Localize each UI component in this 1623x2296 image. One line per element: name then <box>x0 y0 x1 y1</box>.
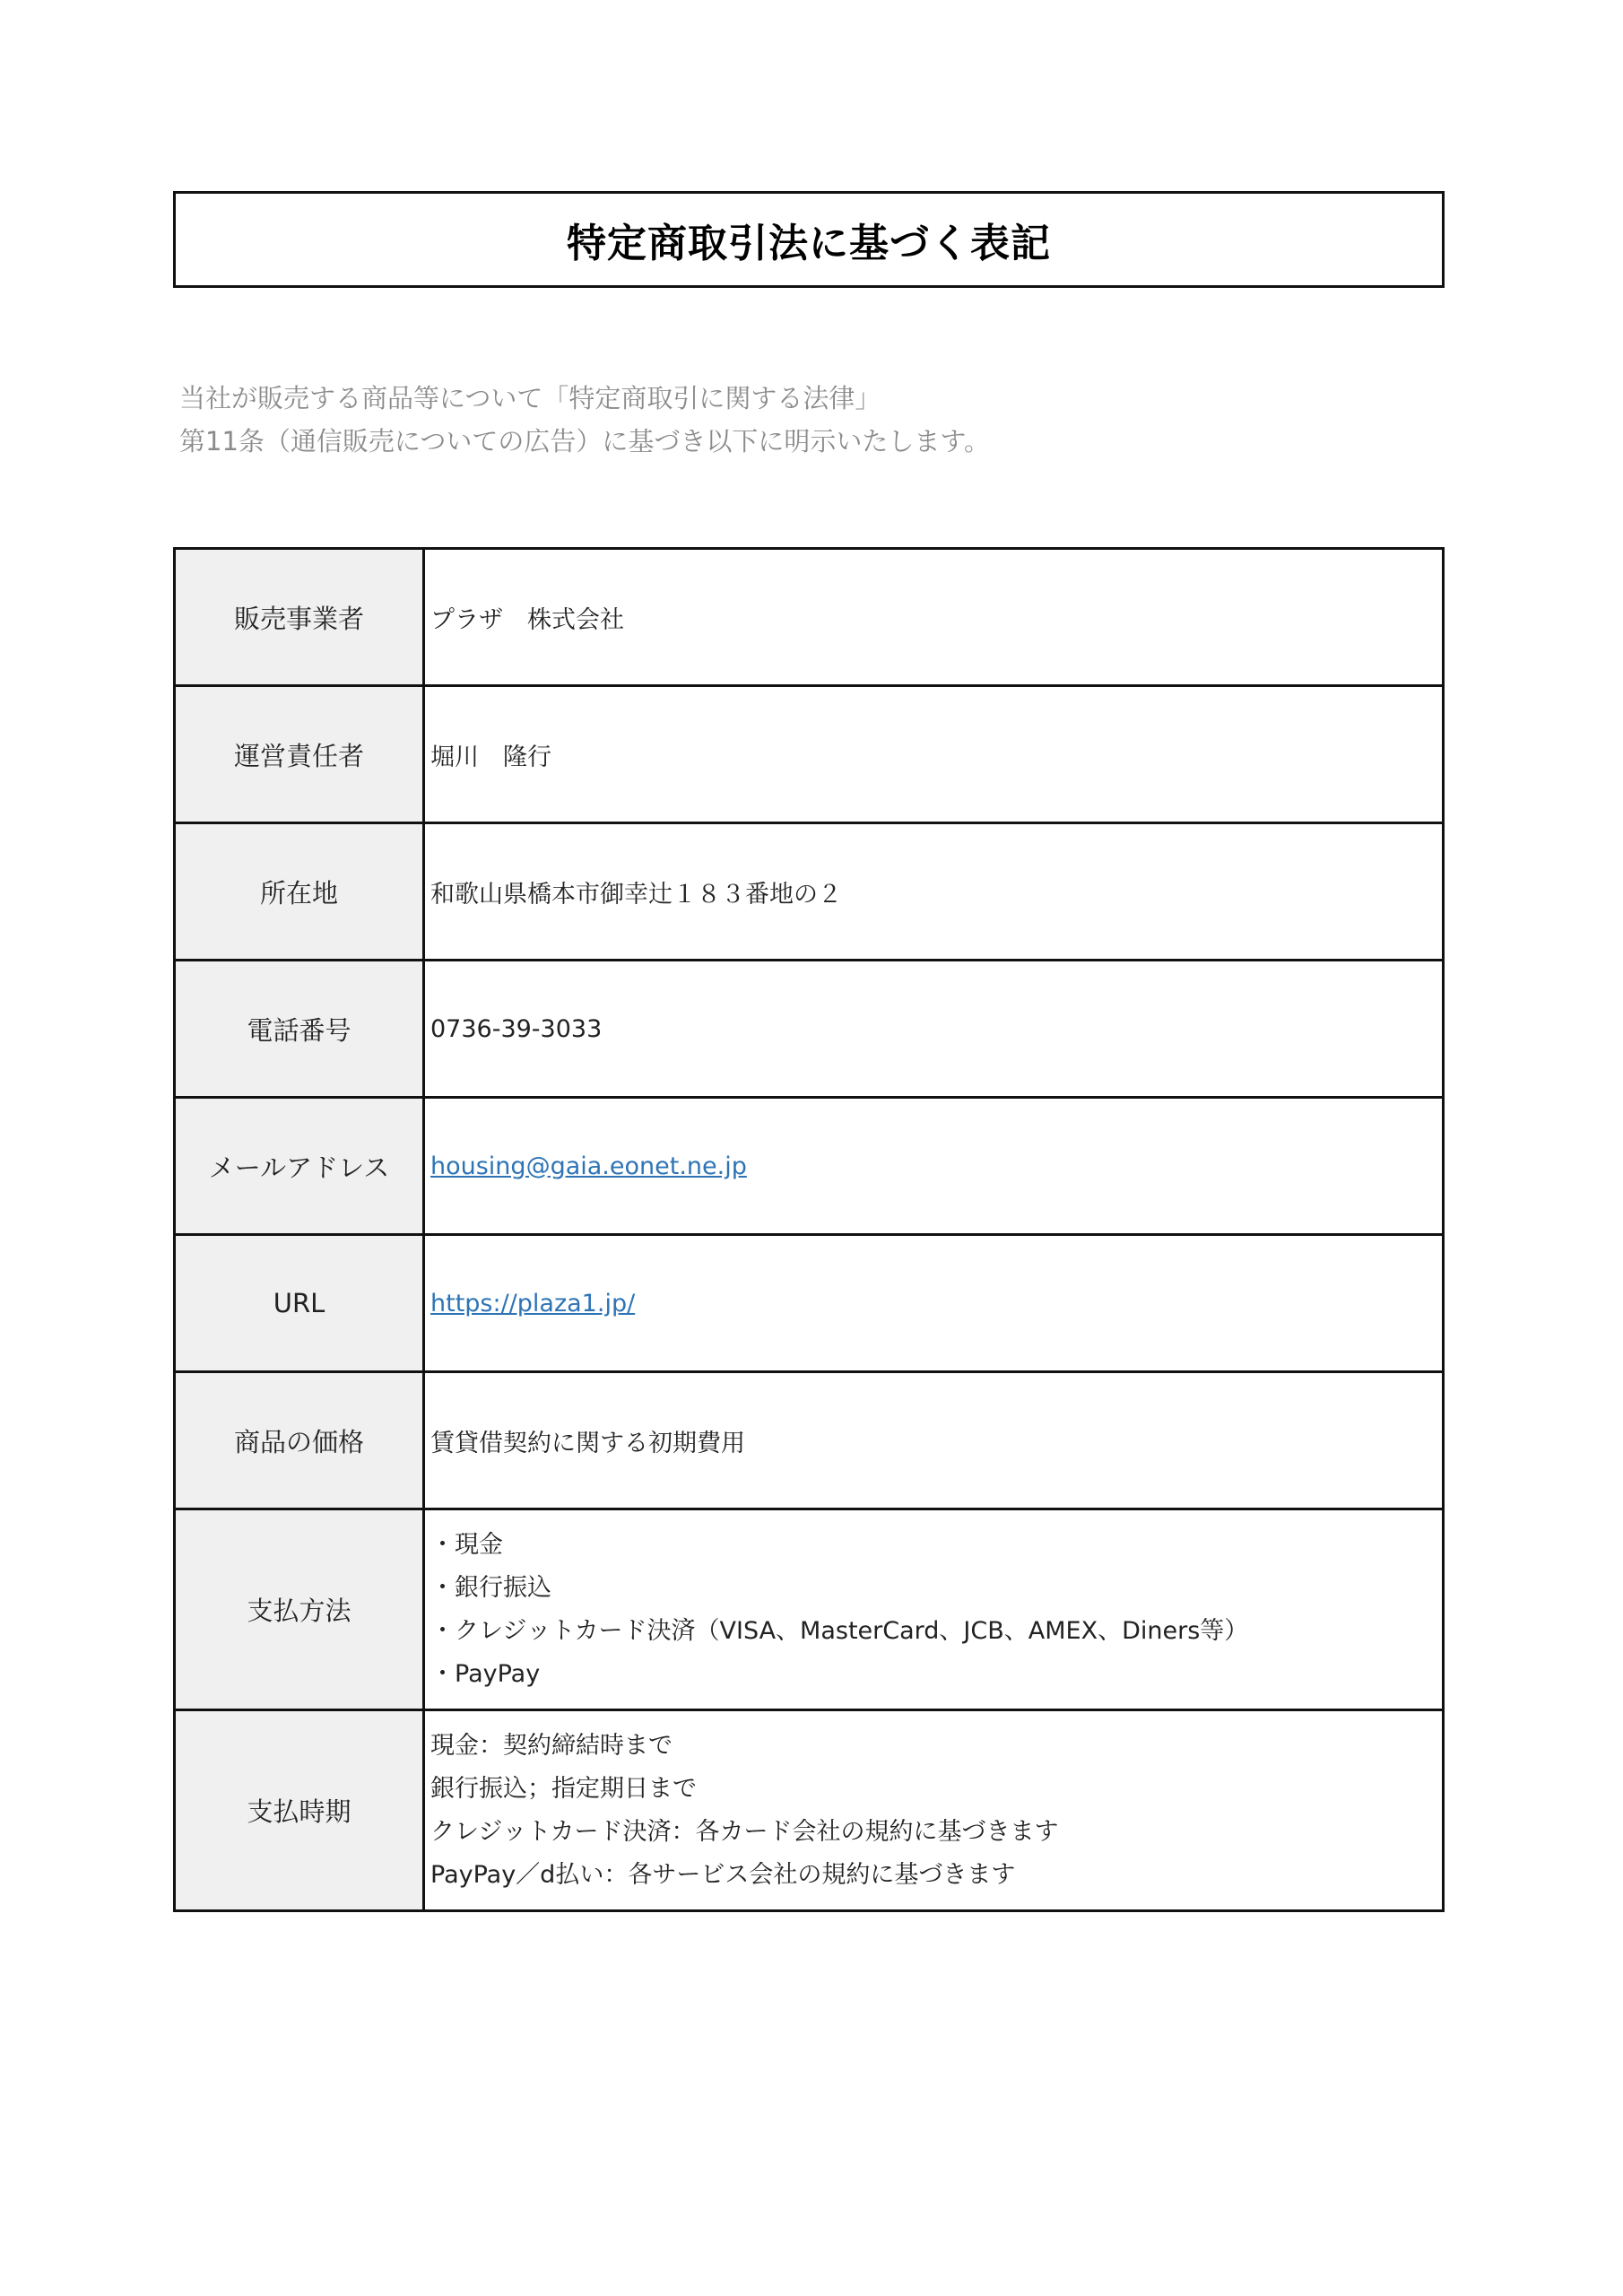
payment-timing-item: クレジットカード決済：各カード会社の規約に基づきます <box>430 1811 1441 1854</box>
row-label: URL <box>175 1235 424 1372</box>
payment-method-item: ・クレジットカード決済（VISA、MasterCard、JCB、AMEX、Din… <box>430 1610 1441 1653</box>
row-label: メールアドレス <box>175 1098 424 1235</box>
intro-line-1: 当社が販売する商品等について「特定商取引に関する法律」 <box>179 377 1435 420</box>
table-row-manager: 運営責任者 堀川 隆行 <box>175 686 1444 823</box>
website-link[interactable]: https://plaza1.jp/ <box>430 1290 635 1318</box>
table-row-price: 商品の価格 賃貸借契約に関する初期費用 <box>175 1372 1444 1509</box>
row-value: https://plaza1.jp/ <box>424 1235 1444 1372</box>
payment-timing-item: 現金：契約締結時まで <box>430 1725 1441 1768</box>
row-label: 電話番号 <box>175 961 424 1098</box>
table-row-payment-timing: 支払時期 現金：契約締結時まで 銀行振込；指定期日まで クレジットカード決済：各… <box>175 1710 1444 1911</box>
page-title: 特定商取引法に基づく表記 <box>567 211 1051 268</box>
row-value: 賃貸借契約に関する初期費用 <box>424 1372 1444 1509</box>
row-label: 販売事業者 <box>175 549 424 686</box>
row-value: housing@gaia.eonet.ne.jp <box>424 1098 1444 1235</box>
table-row-seller: 販売事業者 プラザ 株式会社 <box>175 549 1444 686</box>
row-value: プラザ 株式会社 <box>424 549 1444 686</box>
table-row-email: メールアドレス housing@gaia.eonet.ne.jp <box>175 1098 1444 1235</box>
row-value: 和歌山県橋本市御幸辻１８３番地の２ <box>424 823 1444 961</box>
row-value: 堀川 隆行 <box>424 686 1444 823</box>
intro-line-2: 第11条（通信販売についての広告）に基づき以下に明示いたします。 <box>179 420 1435 463</box>
row-value: 0736-39-3033 <box>424 961 1444 1098</box>
email-link[interactable]: housing@gaia.eonet.ne.jp <box>430 1152 747 1180</box>
row-label: 支払方法 <box>175 1509 424 1710</box>
row-label: 支払時期 <box>175 1710 424 1911</box>
payment-method-item: ・PayPay <box>430 1653 1441 1696</box>
table-row-address: 所在地 和歌山県橋本市御幸辻１８３番地の２ <box>175 823 1444 961</box>
payment-method-item: ・銀行振込 <box>430 1567 1441 1610</box>
disclosure-table: 販売事業者 プラザ 株式会社 運営責任者 堀川 隆行 所在地 和歌山県橋本市御幸… <box>173 547 1445 1912</box>
table-row-phone: 電話番号 0736-39-3033 <box>175 961 1444 1098</box>
page-title-box: 特定商取引法に基づく表記 <box>173 191 1445 288</box>
table-row-payment-methods: 支払方法 ・現金 ・銀行振込 ・クレジットカード決済（VISA、MasterCa… <box>175 1509 1444 1710</box>
row-label: 所在地 <box>175 823 424 961</box>
row-label: 運営責任者 <box>175 686 424 823</box>
payment-timing-item: PayPay／d払い：各サービス会社の規約に基づきます <box>430 1854 1441 1897</box>
table-row-url: URL https://plaza1.jp/ <box>175 1235 1444 1372</box>
row-value: ・現金 ・銀行振込 ・クレジットカード決済（VISA、MasterCard、JC… <box>424 1509 1444 1710</box>
intro-text: 当社が販売する商品等について「特定商取引に関する法律」 第11条（通信販売につい… <box>179 377 1435 463</box>
payment-method-item: ・現金 <box>430 1524 1441 1567</box>
row-label: 商品の価格 <box>175 1372 424 1509</box>
row-value: 現金：契約締結時まで 銀行振込；指定期日まで クレジットカード決済：各カード会社… <box>424 1710 1444 1911</box>
payment-timing-item: 銀行振込；指定期日まで <box>430 1768 1441 1811</box>
